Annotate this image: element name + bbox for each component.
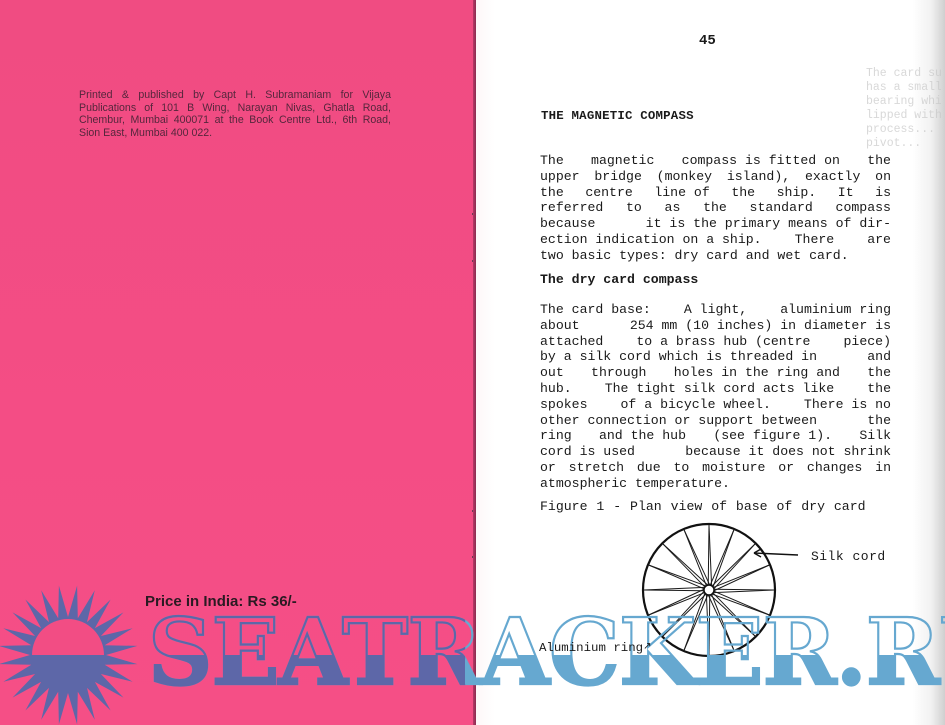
text-run: compass: [836, 200, 891, 216]
text-line: by a silk cord which is threaded inand: [540, 349, 891, 365]
text-run: to: [673, 460, 689, 476]
intro-paragraph: Themagneticcompass is fitted ontheupperb…: [540, 153, 891, 264]
text-run: through: [591, 365, 646, 381]
text-run: ring: [540, 428, 572, 444]
section-title: THE MAGNETIC COMPASS: [541, 109, 694, 123]
text-run: to: [626, 200, 642, 216]
text-run: island),: [727, 169, 790, 185]
text-run: There is no: [804, 397, 891, 413]
text-line: becauseit is the primary means of dir-: [540, 216, 891, 232]
text-run: the: [867, 153, 891, 169]
page-number: 45: [699, 33, 716, 49]
text-run: (see figure 1).: [713, 428, 832, 444]
text-run: upper: [540, 169, 580, 185]
text-line: hub.The tight silk cord acts likethe: [540, 381, 891, 397]
text-line: spokesof a bicycle wheel.There is no: [540, 397, 891, 413]
text-run: the: [703, 200, 727, 216]
text-run: due: [637, 460, 661, 476]
figure-caption: Figure 1 - Plan view of base of dry card: [540, 499, 866, 514]
text-run: exactly: [805, 169, 860, 185]
text-run: because it does not shrink: [685, 444, 891, 460]
text-run: it is the primary means of dir-: [646, 216, 891, 232]
text-line: thecentreline oftheship.Itis: [540, 185, 891, 201]
text-run: the: [540, 185, 564, 201]
publisher-imprint: Printed & published by Capt H. Subramani…: [79, 89, 391, 139]
text-run: the: [867, 413, 891, 429]
text-run: piece): [844, 334, 891, 350]
text-run: A light,: [684, 302, 747, 318]
text-line: about254 mm (10 inches) in diameter is: [540, 318, 891, 334]
sun-logo-icon: [0, 580, 160, 725]
text-line: Themagneticcompass is fitted onthe: [540, 153, 891, 169]
text-run: is: [875, 185, 891, 201]
text-run: referred: [540, 200, 603, 216]
bleed-through-text: The card support: The bottom of the hub …: [866, 67, 941, 151]
text-run: bridge: [594, 169, 641, 185]
text-run: aluminium ring: [780, 302, 891, 318]
text-run: two basic types: dry card and wet card.: [540, 248, 849, 264]
text-run: or: [540, 460, 556, 476]
aluminium-ring-label: Aluminium ring↗: [539, 641, 652, 655]
text-run: attached: [540, 334, 603, 350]
text-run: moisture: [702, 460, 765, 476]
aluminium-ring-label-text: Aluminium ring: [539, 641, 643, 655]
text-run: ship.: [777, 185, 817, 201]
text-line: other connection or support betweenthe: [540, 413, 891, 429]
text-run: Silk: [859, 428, 891, 444]
text-line: upperbridge(monkeyisland),exactlyon: [540, 169, 891, 185]
text-line: attachedto a brass hub (centrepiece): [540, 334, 891, 350]
silk-cord-label: Silk cord: [811, 549, 886, 564]
text-run: other connection or support between: [540, 413, 817, 429]
text-run: the: [867, 381, 891, 397]
text-run: (monkey: [657, 169, 712, 185]
text-run: are: [867, 232, 891, 248]
text-run: compass is fitted on: [682, 153, 840, 169]
text-run: atmospheric temperature.: [540, 476, 730, 492]
text-run: because: [540, 216, 595, 232]
text-run: of a bicycle wheel.: [621, 397, 771, 413]
text-run: spokes: [540, 397, 587, 413]
text-run: about: [540, 318, 580, 334]
text-run: standard: [750, 200, 813, 216]
text-run: cord is used: [540, 444, 635, 460]
card-base-paragraph: The card base:A light,aluminium ringabou…: [540, 302, 891, 492]
text-line: cord is usedbecause it does not shrink: [540, 444, 891, 460]
text-run: as: [665, 200, 681, 216]
text-run: holes in the ring and: [674, 365, 840, 381]
text-run: stretch: [569, 460, 624, 476]
text-line: ringand the hub(see figure 1).Silk: [540, 428, 891, 444]
text-run: line of: [654, 185, 709, 201]
text-run: on: [875, 169, 891, 185]
text-run: or: [778, 460, 794, 476]
text-run: The card base:: [540, 302, 651, 318]
text-line: atmospheric temperature.: [540, 476, 891, 492]
text-run: The: [540, 153, 564, 169]
text-run: and the hub: [599, 428, 686, 444]
text-run: 254 mm (10 inches) in diameter is: [630, 318, 891, 334]
text-run: centre: [585, 185, 632, 201]
arrow-icon: ↗: [643, 642, 651, 653]
text-line: two basic types: dry card and wet card.: [540, 248, 891, 264]
text-run: in: [875, 460, 891, 476]
text-run: out: [540, 365, 564, 381]
text-run: and: [867, 349, 891, 365]
text-run: ection indication on a ship.: [540, 232, 762, 248]
text-line: orstretchduetomoistureorchangesin: [540, 460, 891, 476]
text-run: the: [867, 365, 891, 381]
text-run: There: [795, 232, 835, 248]
text-run: magnetic: [591, 153, 654, 169]
text-run: to a brass hub (centre: [636, 334, 810, 350]
subheading: The dry card compass: [540, 272, 698, 287]
text-line: The card base:A light,aluminium ring: [540, 302, 891, 318]
text-run: hub.: [540, 381, 572, 397]
text-run: The tight silk cord acts like: [605, 381, 835, 397]
text-line: ection indication on a ship.Thereare: [540, 232, 891, 248]
text-run: by a silk cord which is threaded in: [540, 349, 817, 365]
text-line: outthroughholes in the ring andthe: [540, 365, 891, 381]
text-run: changes: [807, 460, 862, 476]
text-run: the: [731, 185, 755, 201]
text-run: It: [838, 185, 854, 201]
text-line: referredtoasthestandardcompass: [540, 200, 891, 216]
